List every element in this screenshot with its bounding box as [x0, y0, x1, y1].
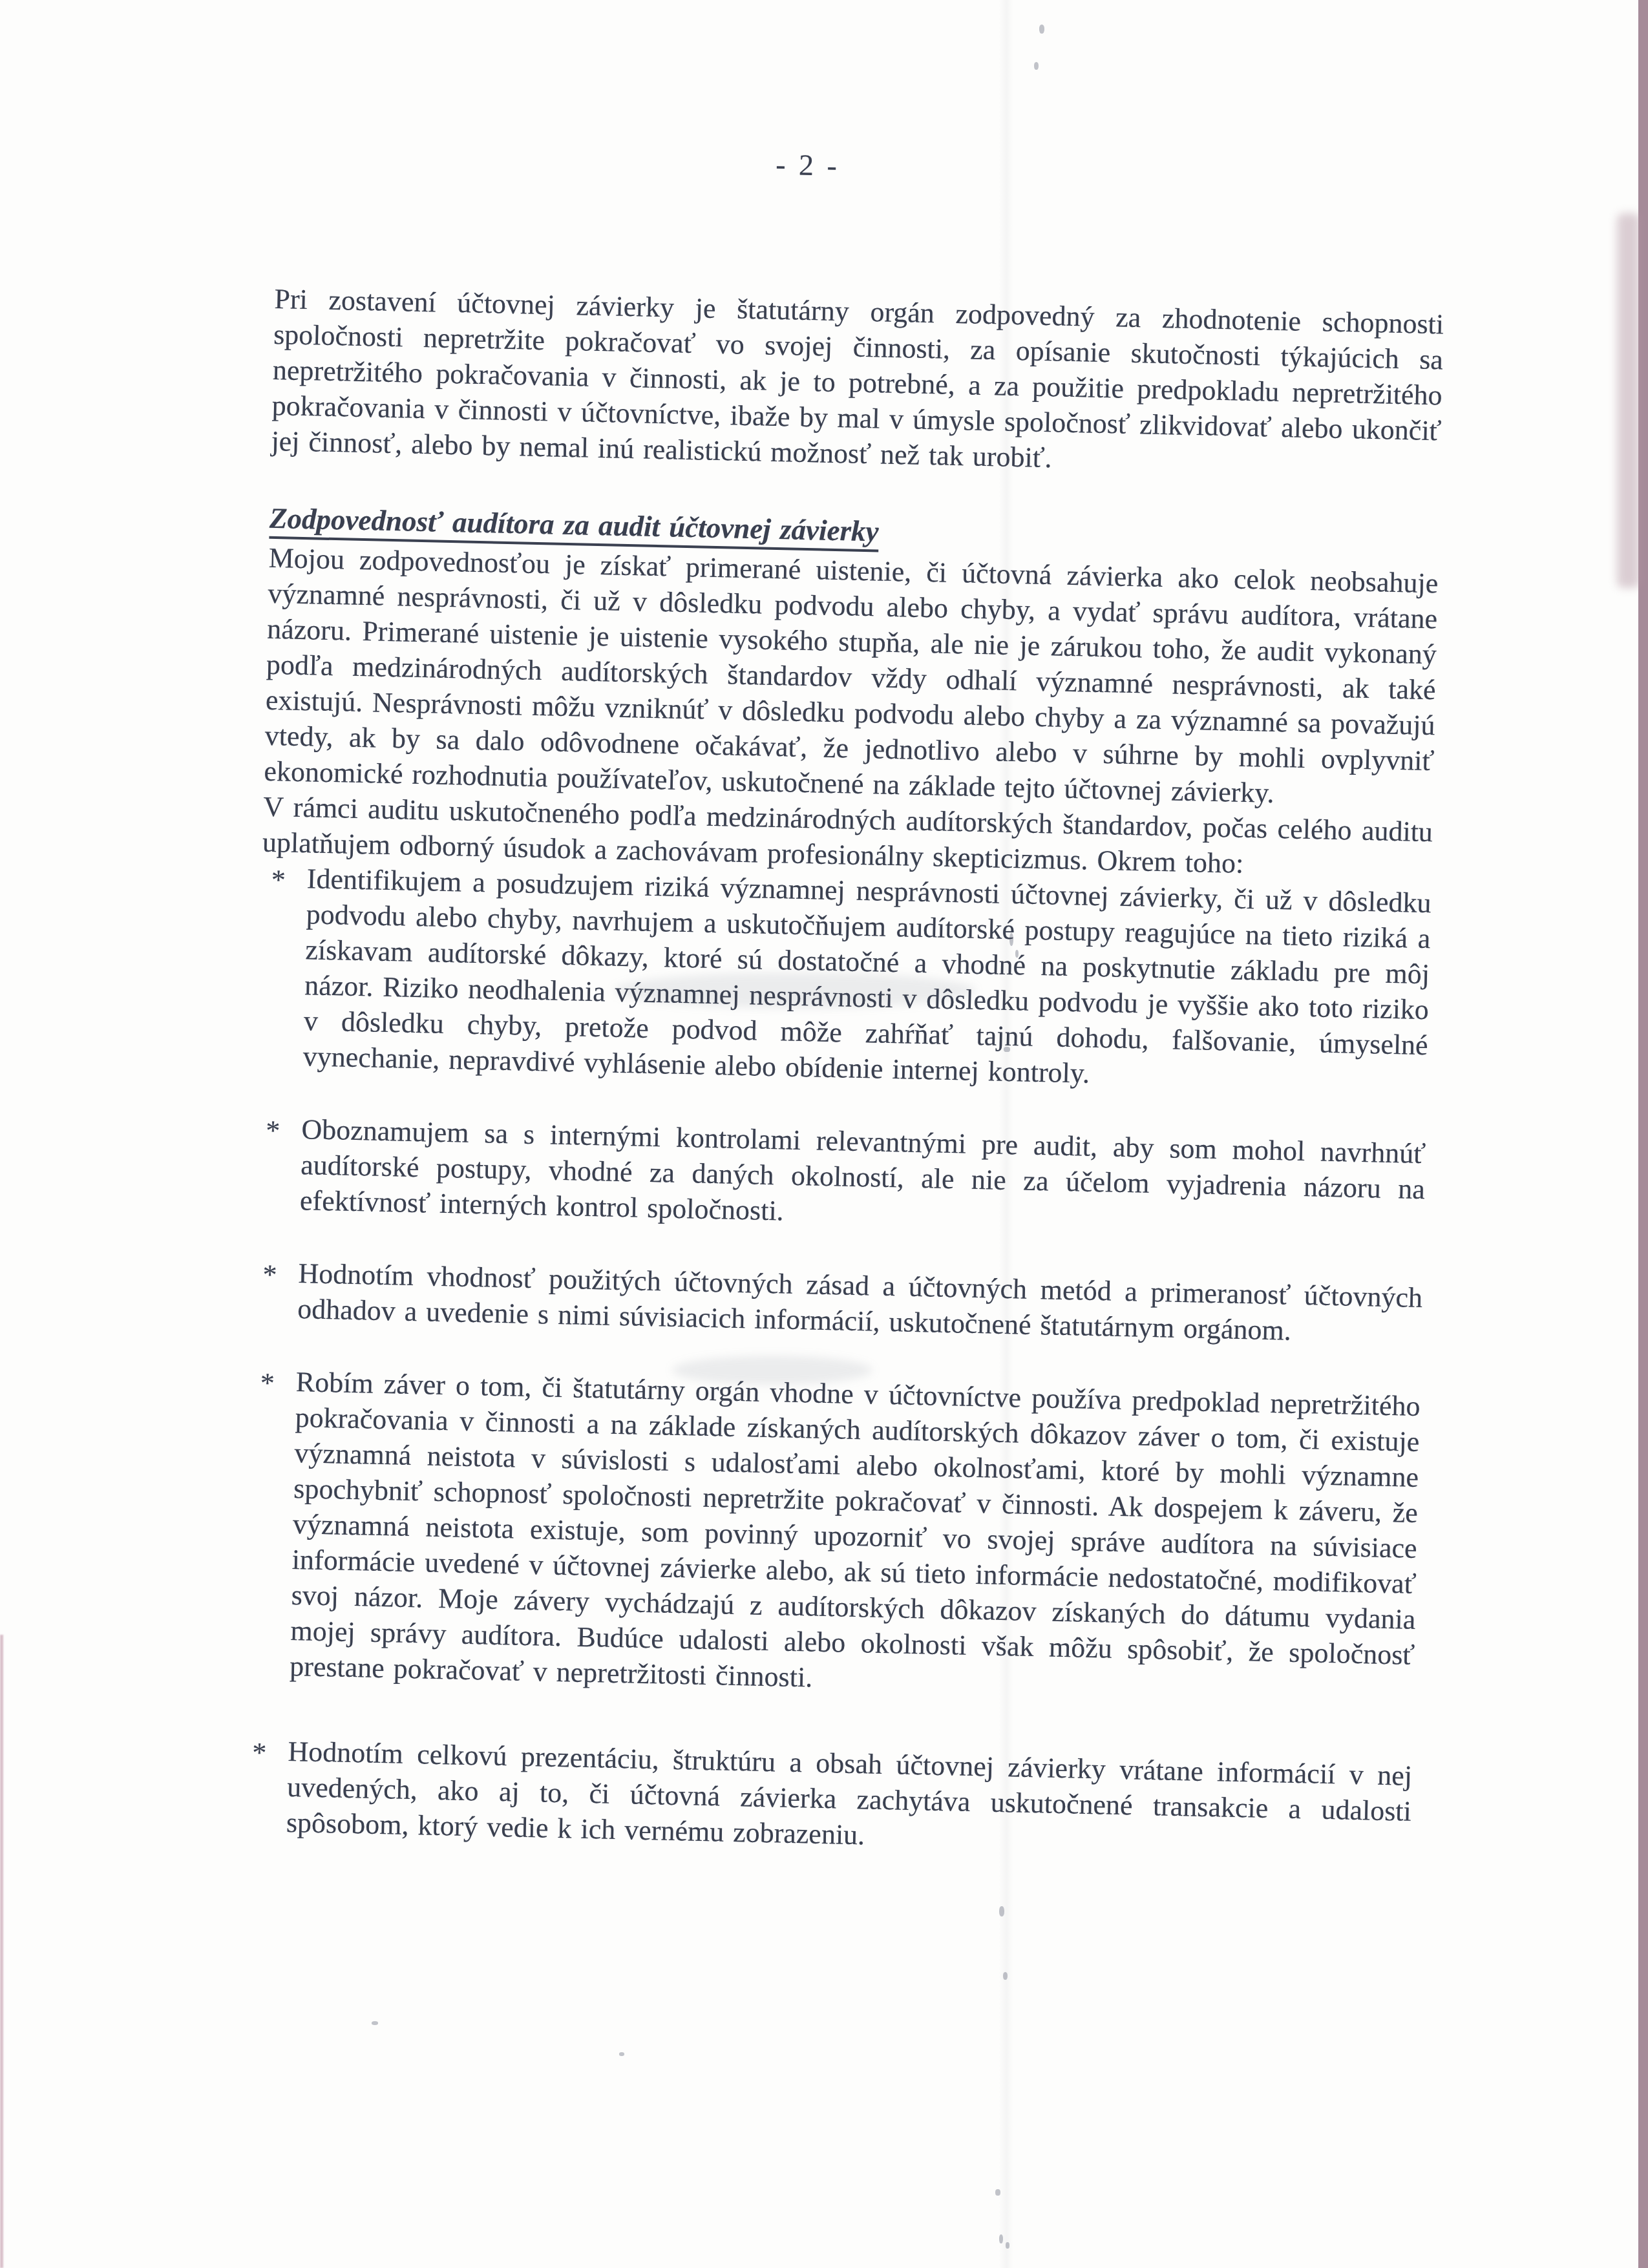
bullet-list: * Identifikujem a posudzujem riziká význ…	[240, 860, 1431, 1865]
scan-speck	[995, 2189, 1000, 2196]
bullet-item: * Identifikujem a posudzujem riziká význ…	[267, 860, 1431, 1098]
bullet-marker: *	[266, 1113, 280, 1148]
bullet-item: * Oboznamujem sa s internými kontrolami …	[264, 1111, 1426, 1243]
scan-speck	[1034, 62, 1039, 70]
scan-speck	[999, 1906, 1004, 1916]
scanned-document-page: - 2 - Pri zostavení účtovnej závierky je…	[0, 0, 1648, 2268]
bullet-item: * Robím záver o tom, či štatutárny orgán…	[254, 1363, 1421, 1708]
bullet-text: Oboznamujem sa s internými kontrolami re…	[300, 1113, 1426, 1226]
bullet-marker: *	[271, 862, 286, 898]
paragraph-management-responsibility: Pri zostavení účtovnej závierky je štatu…	[271, 281, 1444, 484]
bullet-text: Hodnotím vhodnosť použitých účtovných zá…	[297, 1257, 1423, 1347]
scanner-edge-line-left	[0, 1635, 3, 2268]
bullet-item: * Hodnotím celkovú prezentáciu, štruktúr…	[250, 1733, 1412, 1865]
bullet-marker: *	[260, 1365, 275, 1401]
bullet-marker: *	[262, 1257, 277, 1292]
scanner-edge-shadow-right	[1617, 213, 1640, 588]
scan-speck	[1006, 2242, 1009, 2249]
document-text-block: - 2 - Pri zostavení účtovnej závierky je…	[240, 136, 1447, 1902]
bullet-text: Robím záver o tom, či štatutárny orgán v…	[290, 1366, 1421, 1694]
page-number: - 2 -	[277, 136, 1448, 196]
bullet-text: Identifikujem a posudzujem riziká význam…	[302, 863, 1431, 1089]
bullet-text: Hodnotím celkovú prezentáciu, štruktúru …	[286, 1736, 1413, 1851]
bullet-item: * Hodnotím vhodnosť použitých účtovných …	[262, 1255, 1423, 1351]
bullet-marker: *	[252, 1735, 267, 1770]
scan-speck	[999, 2234, 1003, 2243]
scan-speck	[372, 2021, 378, 2025]
scan-speck	[619, 2052, 624, 2056]
paragraph-auditor-responsibility: Mojou zodpovednosťou je získať primerané…	[264, 540, 1439, 814]
scan-speck	[1003, 1972, 1008, 1980]
scan-speck	[1039, 25, 1044, 34]
